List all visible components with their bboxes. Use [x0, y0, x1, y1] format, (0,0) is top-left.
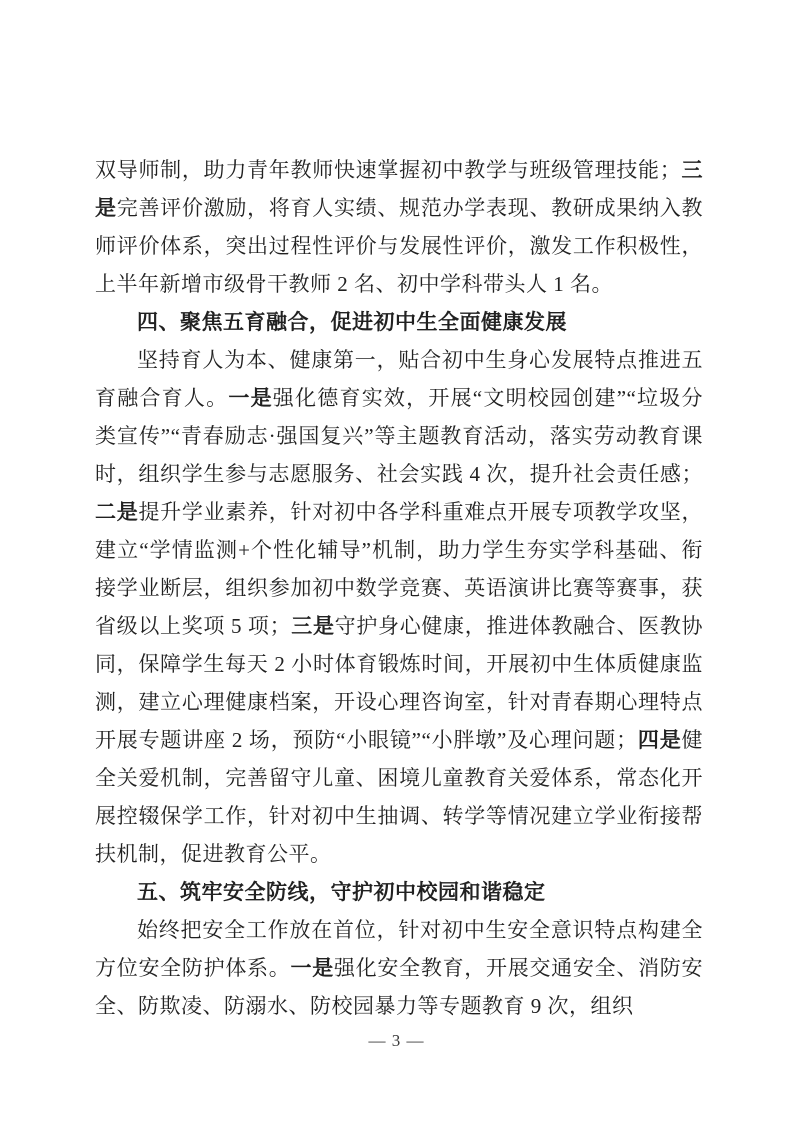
emphasis-segment: 五、筑牢安全防线，守护初中校园和谐稳定 [137, 880, 546, 904]
emphasis-segment: 一是 [291, 956, 334, 980]
document-page: 双导师制，助力青年教师快速掌握初中教学与班级管理技能；三是完善评价激励，将育人实… [0, 0, 793, 1122]
text-segment: 双导师制，助力青年教师快速掌握初中教学与班级管理技能； [95, 158, 681, 182]
section-heading-5: 五、筑牢安全防线，守护初中校园和谐稳定 [95, 873, 703, 911]
emphasis-segment: 四是 [638, 728, 682, 752]
page-number: — 3 — [0, 1031, 793, 1051]
document-body: 双导师制，助力青年教师快速掌握初中教学与班级管理技能；三是完善评价激励，将育人实… [95, 151, 703, 1025]
emphasis-segment: 二是 [95, 500, 138, 524]
paragraph-continued-teacher-evaluation: 双导师制，助力青年教师快速掌握初中教学与班级管理技能；三是完善评价激励，将育人实… [95, 151, 703, 303]
text-segment: 完善评价激励，将育人实绩、规范办学表现、教研成果纳入教师评价体系，突出过程性评价… [95, 196, 703, 296]
section-heading-4: 四、聚焦五育融合，促进初中生全面健康发展 [95, 303, 703, 341]
paragraph-five-education: 坚持育人为本、健康第一，贴合初中生身心发展特点推进五育融合育人。一是强化德育实效… [95, 341, 703, 873]
emphasis-segment: 四、聚焦五育融合，促进初中生全面健康发展 [137, 310, 567, 334]
paragraph-safety: 始终把安全工作放在首位，针对初中生安全意识特点构建全方位安全防护体系。一是强化安… [95, 911, 703, 1025]
emphasis-segment: 三是 [291, 614, 335, 638]
emphasis-segment: 一是 [228, 386, 272, 410]
